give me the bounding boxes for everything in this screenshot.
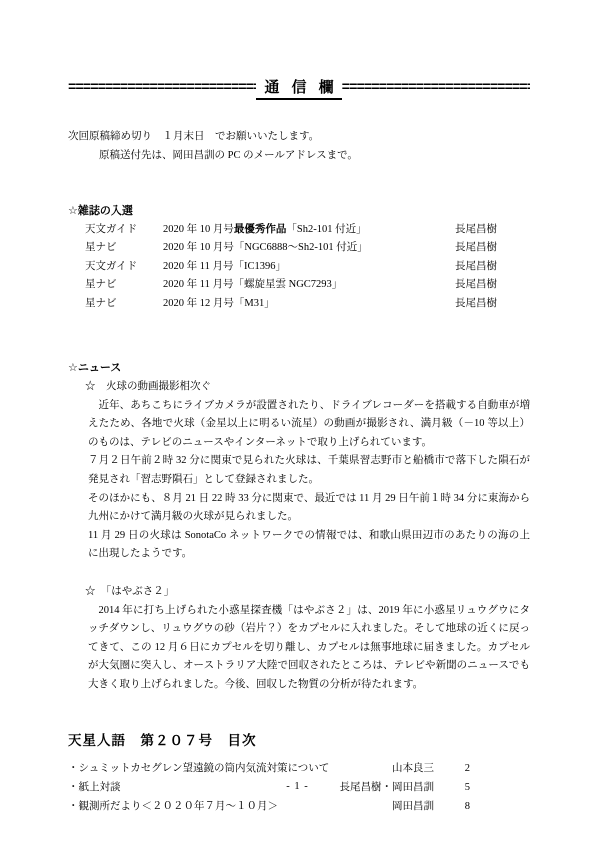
document-header: ========================================…	[68, 76, 530, 100]
selection-author: 長尾昌樹	[455, 239, 497, 258]
page-number: - 1 -	[0, 781, 595, 792]
header-rule-left: ========================================…	[68, 81, 256, 95]
toc-heading: 天星人語 第２０７号 目次	[68, 731, 530, 751]
news-paragraph: 11 月 29 日の火球は SonotaCo ネットワークでの情報では、和歌山県…	[88, 527, 530, 564]
selections-heading: ☆雑誌の入選	[68, 202, 530, 221]
selection-desc: 2020 年 11 月号「IC1396」	[163, 258, 455, 277]
news-paragraph: ７月２日午前２時 32 分に関東で見られた火球は、千葉県習志野市と船橋市で落下し…	[88, 452, 530, 489]
magazine-name: 星ナビ	[85, 295, 163, 314]
header-rule-right: ========================================…	[342, 81, 530, 95]
magazine-selections-section: ☆雑誌の入選 天文ガイド 2020 年 10 月号最優秀作品「Sh2-101 付…	[68, 202, 530, 313]
work-title: 「NGC6888～Sh2-101 付近」	[234, 242, 368, 253]
work-title: 「Sh2-101 付近」	[286, 224, 366, 235]
toc-entry-author: 山本良三	[392, 760, 434, 779]
news-paragraph: そのほかにも、８月 21 日 22 時 33 分に関東で、最近では 11 月 2…	[88, 490, 530, 527]
toc-row: ・観測所だより＜２０２０年７月～１０月＞ 岡田昌訓 8	[68, 798, 470, 817]
magazine-name: 星ナビ	[85, 239, 163, 258]
issue-label: 2020 年 11 月号	[163, 261, 234, 272]
deadline-line: 次回原稿締め切り １月末日 でお願いいたします。	[68, 127, 530, 146]
toc-entry-page: 2	[434, 760, 470, 779]
selection-row: 天文ガイド 2020 年 10 月号最優秀作品「Sh2-101 付近」 長尾昌樹	[85, 221, 530, 240]
work-title: 「M31」	[234, 298, 275, 309]
issue-label: 2020 年 11 月号	[163, 279, 234, 290]
selection-row: 星ナビ 2020 年 10 月号「NGC6888～Sh2-101 付近」 長尾昌…	[85, 239, 530, 258]
news-paragraph: 近年、あちこちにライブカメラが設置されたり、ドライブレコーダーを搭載する自動車が…	[88, 397, 530, 453]
news-heading: ☆ニュース	[68, 359, 530, 378]
work-title: 「IC1396」	[234, 261, 287, 272]
page-title: 通 信 欄	[256, 76, 341, 100]
toc-section: 天星人語 第２０７号 目次 ・シュミットカセグレン望遠鏡の筒内気流対策について …	[68, 731, 530, 816]
news-item-title: ☆ 「はやぶさ２」	[85, 583, 530, 602]
issue-label: 2020 年 10 月号	[163, 242, 234, 253]
selection-desc: 2020 年 10 月号「NGC6888～Sh2-101 付近」	[163, 239, 455, 258]
toc-entry-page: 8	[434, 798, 470, 817]
send-to-line: 原稿送付先は、岡田昌訓の PC のメールアドレスまで。	[68, 146, 530, 165]
selection-row: 星ナビ 2020 年 12 月号「M31」 長尾昌樹	[85, 295, 530, 314]
news-item-title: ☆ 火球の動画撮影相次ぐ	[85, 378, 530, 397]
issue-label: 2020 年 12 月号	[163, 298, 234, 309]
deadline-notice: 次回原稿締め切り １月末日 でお願いいたします。 原稿送付先は、岡田昌訓の PC…	[68, 127, 530, 165]
selection-row: 天文ガイド 2020 年 11 月号「IC1396」 長尾昌樹	[85, 258, 530, 277]
magazine-name: 星ナビ	[85, 276, 163, 295]
news-item-hayabusa2: ☆ 「はやぶさ２」 2014 年に打ち上げられた小惑星探査機「はやぶさ２」は、2…	[85, 583, 530, 695]
selection-author: 長尾昌樹	[455, 258, 497, 277]
toc-entry-title: ・シュミットカセグレン望遠鏡の筒内気流対策について	[68, 760, 392, 779]
toc-row: ・シュミットカセグレン望遠鏡の筒内気流対策について 山本良三 2	[68, 760, 470, 779]
toc-entry-author: 岡田昌訓	[392, 798, 434, 817]
selection-row: 星ナビ 2020 年 11 月号「螺旋星雲 NGC7293」 長尾昌樹	[85, 276, 530, 295]
selection-desc: 2020 年 10 月号最優秀作品「Sh2-101 付近」	[163, 221, 455, 240]
document-page: ========================================…	[0, 0, 595, 842]
award-label: 最優秀作品	[234, 224, 287, 235]
selection-author: 長尾昌樹	[455, 221, 497, 240]
selection-desc: 2020 年 12 月号「M31」	[163, 295, 455, 314]
toc-entry-title: ・観測所だより＜２０２０年７月～１０月＞	[68, 798, 392, 817]
selection-author: 長尾昌樹	[455, 295, 497, 314]
selection-desc: 2020 年 11 月号「螺旋星雲 NGC7293」	[163, 276, 455, 295]
news-section: ☆ニュース ☆ 火球の動画撮影相次ぐ 近年、あちこちにライブカメラが設置されたり…	[68, 359, 530, 694]
magazine-name: 天文ガイド	[85, 221, 163, 240]
work-title: 「螺旋星雲 NGC7293」	[234, 279, 343, 290]
selections-list: 天文ガイド 2020 年 10 月号最優秀作品「Sh2-101 付近」 長尾昌樹…	[85, 221, 530, 314]
issue-label: 2020 年 10 月号	[163, 224, 234, 235]
news-item-fireballs: ☆ 火球の動画撮影相次ぐ 近年、あちこちにライブカメラが設置されたり、ドライブレ…	[85, 378, 530, 564]
news-paragraph: 2014 年に打ち上げられた小惑星探査機「はやぶさ２」は、2019 年に小惑星リ…	[88, 602, 530, 695]
selection-author: 長尾昌樹	[455, 276, 497, 295]
magazine-name: 天文ガイド	[85, 258, 163, 277]
